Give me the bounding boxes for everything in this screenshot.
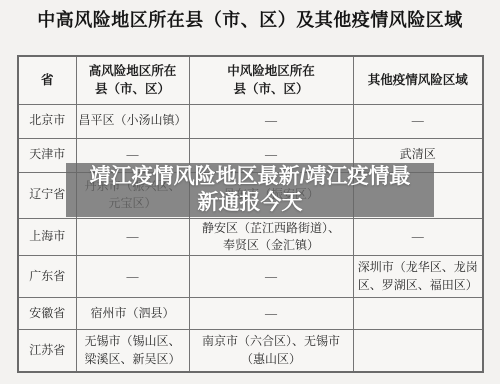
other-risk-cell: —: [353, 104, 483, 138]
table-row: 广东省 — — 深圳市（龙华区、龙岗 区、罗湖区、福田区）: [18, 256, 483, 298]
table-row: 北京市 昌平区（小汤山镇） — —: [18, 104, 483, 138]
medium-risk-cell: 静安区（芷江西路街道）、 奉贤区（金汇镇）: [189, 218, 353, 256]
high-risk-cell: 宿州市（泗县）: [76, 298, 189, 330]
other-risk-cell: 深圳市（龙华区、龙岗 区、罗湖区、福田区）: [353, 256, 483, 298]
table-row: 上海市 — 静安区（芷江西路街道）、 奉贤区（金汇镇） —: [18, 218, 483, 256]
other-risk-cell: —: [353, 218, 483, 256]
high-risk-cell: 昌平区（小汤山镇）: [76, 104, 189, 138]
high-risk-cell: —: [76, 256, 189, 298]
overlay-caption-line1: 靖江疫情风险地区最新/靖江疫情最: [90, 164, 411, 190]
high-risk-cell: 无锡市（锡山区、 梁溪区、新吴区）: [76, 330, 189, 372]
province-cell: 江苏省: [18, 330, 76, 372]
province-cell: 上海市: [18, 218, 76, 256]
column-header-medium-risk: 中风险地区所在 县（市、区）: [189, 56, 353, 104]
province-cell: 安徽省: [18, 298, 76, 330]
overlay-caption-line2: 新通报今天: [198, 190, 303, 216]
header-row: 省 高风险地区所在 县（市、区） 中风险地区所在 县（市、区） 其他疫情风险区域: [18, 56, 483, 104]
medium-risk-cell: —: [189, 256, 353, 298]
page-title: 中高风险地区所在县（市、区）及其他疫情风险区域: [0, 6, 500, 32]
table-row: 江苏省 无锡市（锡山区、 梁溪区、新吴区） 南京市（六合区）、无锡市 （惠山区）: [18, 330, 483, 372]
province-cell: 北京市: [18, 104, 76, 138]
overlay-caption: 靖江疫情风险地区最新/靖江疫情最 新通报今天: [66, 163, 434, 217]
column-header-province: 省: [18, 56, 76, 104]
table-row: 安徽省 宿州市（泗县） —: [18, 298, 483, 330]
province-cell: 广东省: [18, 256, 76, 298]
other-risk-cell: [353, 298, 483, 330]
other-risk-cell: [353, 330, 483, 372]
medium-risk-cell: —: [189, 298, 353, 330]
column-header-high-risk: 高风险地区所在 县（市、区）: [76, 56, 189, 104]
medium-risk-cell: 南京市（六合区）、无锡市 （惠山区）: [189, 330, 353, 372]
medium-risk-cell: —: [189, 104, 353, 138]
high-risk-cell: —: [76, 218, 189, 256]
column-header-other-risk: 其他疫情风险区域: [353, 56, 483, 104]
